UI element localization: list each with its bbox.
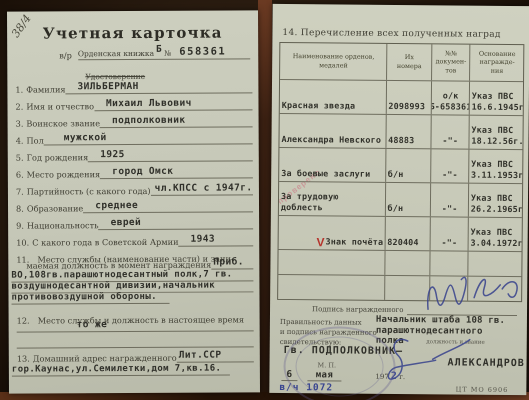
field-birth-year-value: 1925 — [88, 148, 253, 162]
award-name: Александра Невского — [281, 134, 384, 146]
award-number: 48883 — [388, 135, 429, 146]
awards-table-header-row: Наименование орденов, медалей Их номера … — [280, 43, 523, 82]
award-row: За боевые заслуги б/н -"- Указ ПВС 3.11.… — [279, 148, 522, 184]
awards-section-heading: 14. Перечисление всех полученных наград — [282, 28, 500, 40]
award-number: б/н — [387, 203, 428, 214]
award-row: За трудовую доблесть б/н -"- Указ ПВС 26… — [279, 182, 522, 218]
award-basis: Указ ПВС 18.12.56г. — [471, 125, 521, 147]
header-award-basis: Основание награжде- ния — [470, 45, 523, 81]
award-basis: Указ ПВС 16.6.1945г — [472, 91, 522, 113]
field-army-since-value: 1943 — [178, 233, 253, 246]
field-rank-value: подполковник — [100, 114, 253, 128]
award-doc: -"- — [441, 237, 457, 248]
award-basis: Указ ПВС 3.11.1953г — [471, 159, 521, 181]
award-basis: Указ ПВС 26.2.1965г — [471, 193, 521, 215]
award-name: За трудовую доблесть — [281, 191, 384, 214]
award-number: 820404 — [387, 237, 428, 248]
field-current-service-value: то же — [17, 318, 254, 332]
award-name: Знак почёта — [326, 236, 384, 248]
award-number: 2098993 — [388, 101, 429, 112]
field-service-value-line: противовоздушной обороны. — [11, 291, 169, 305]
header-award-name: Наименование орденов, медалей — [280, 43, 387, 80]
field-birth-place-value: город Омск — [100, 165, 253, 179]
field-birth-place: 6. Место рождения город Омск — [16, 165, 253, 179]
doc-no-sign: № — [164, 49, 171, 58]
doc-number: 658361 — [179, 46, 226, 58]
award-row: V Знак почёта 820404 -"- Указ ПВС 3.04.1… — [279, 216, 522, 252]
award-basis: Указ ПВС 3.04.1972г — [470, 227, 520, 249]
field-home-address: 13. Домашний адрес награжденного Лит.ССР — [17, 349, 254, 363]
scanned-award-record-card: { "corner_note": "38/4", "left": { "titl… — [0, 0, 529, 400]
record-card-left-page: 38/4 Учетная карточка в/р Орденская книж… — [7, 10, 260, 393]
field-party-value: чл.КПСС с 1947г. — [151, 182, 253, 196]
field-education-value: среднее — [83, 199, 253, 213]
doc-series: Б — [156, 44, 162, 55]
field-surname-value: ЗИЛЬБЕРМАН — [66, 80, 253, 94]
field-sex: 4. Пол мужской — [16, 131, 253, 145]
award-name: Красная звезда — [282, 100, 385, 112]
field-address-inline: Лит.ССР — [177, 349, 254, 362]
field-party-membership: 7. Партийность (с какого года) чл.КПСС с… — [16, 182, 253, 196]
field-name-patronymic: 2. Имя и отчество Михаил Львович — [15, 97, 252, 111]
card-title: Учетная карточка — [7, 23, 258, 42]
award-doc: -"- — [442, 203, 458, 214]
doc-type-label: Орденская книжка — [78, 49, 154, 58]
field-military-rank: 3. Воинское звание подполковник — [16, 114, 253, 128]
award-doc: -"- — [442, 169, 458, 180]
field-name-value: Михаил Львович — [94, 97, 253, 111]
award-row: Александра Невского 48883 -"- Указ ПВС 1… — [279, 114, 522, 150]
award-doc: о/к Б-658361 — [431, 90, 469, 112]
date-g: г. — [399, 372, 405, 382]
field-surname: 1. Фамилия ЗИЛЬБЕРМАН — [15, 80, 252, 94]
record-card-right-page: 14. Перечисление всех полученных наград … — [269, 4, 529, 395]
awards-table: Наименование орденов, медалей Их номера … — [277, 42, 524, 302]
document-number-line: в/р Орденская книжка Б № 658361 — [59, 46, 250, 60]
field-education: 8. Образование среднее — [16, 199, 253, 213]
award-row: Красная звезда 2098993 о/к Б-658361 Указ… — [280, 80, 523, 116]
header-document-number: №№ докумен- тов — [432, 44, 471, 80]
certifier-surname: АЛЕКСАНДРОВ — [448, 357, 525, 369]
award-number: б/н — [388, 169, 429, 180]
header-award-number: Их номера — [387, 44, 432, 80]
field-army-since: 10. С какого года в Советской Армии 1943 — [16, 233, 253, 247]
red-check-mark: V — [317, 237, 325, 247]
award-name: За боевые заслуги — [281, 168, 384, 180]
field-sex-value: мужской — [44, 131, 253, 145]
award-doc: -"- — [442, 135, 458, 146]
field-home-address-line2: гор.Каунас,ул.Семилетки,дом 7,кв.16. — [12, 362, 230, 376]
field-birth-year: 5. Год рождения 1925 — [16, 148, 253, 162]
empty-ruled-line — [17, 334, 254, 348]
field-nationality-value: еврей — [99, 216, 254, 230]
doc-prefix: в/р — [59, 50, 72, 60]
signature-label: Подпись награжденного — [312, 304, 403, 315]
form-code: ЦТ МО 6906 — [456, 385, 509, 393]
field-nationality: 9. Национальность еврей — [16, 216, 253, 230]
